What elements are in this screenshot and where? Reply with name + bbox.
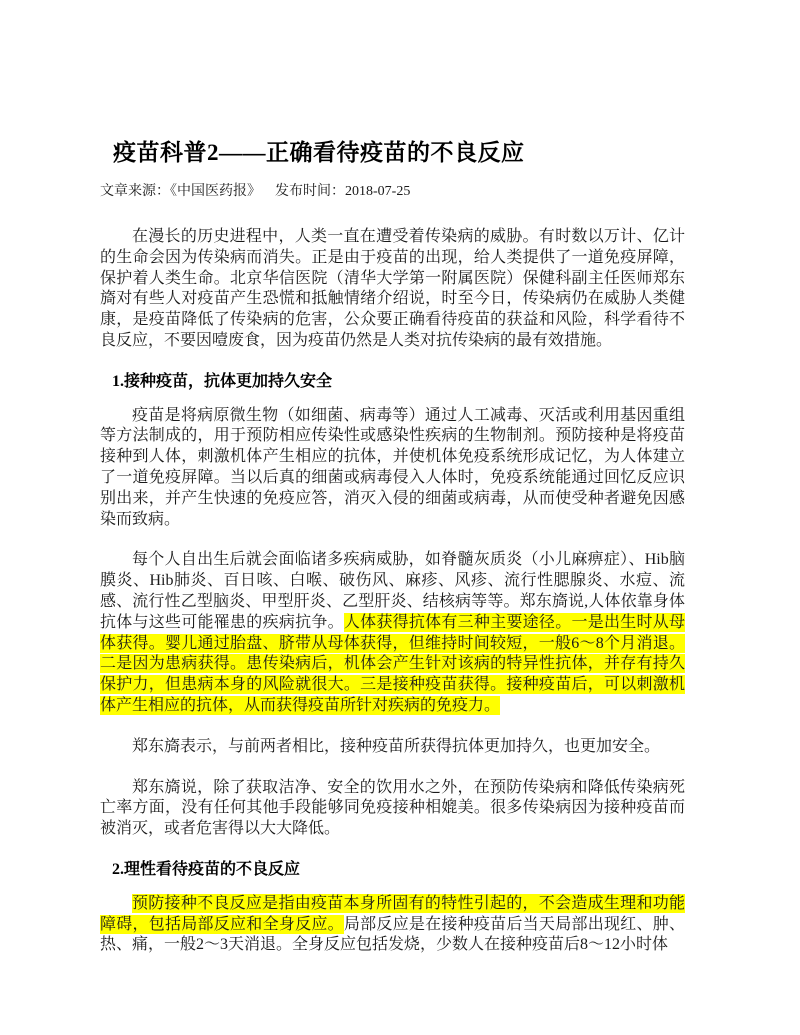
- article-meta: 文章来源：《中国医药报》发布时间：2018-07-25: [100, 182, 685, 201]
- paragraph: 郑东旖说，除了获取洁净、安全的饮用水之外，在预防传染病和降低传染病死亡率方面，没…: [100, 778, 685, 840]
- section-heading: 2.理性看待疫苗的不良反应: [100, 860, 685, 881]
- document-page: 疫苗科普2——正确看待疫苗的不良反应 文章来源：《中国医药报》发布时间：2018…: [0, 0, 800, 1035]
- paragraph: 在漫长的历史进程中，人类一直在遭受着传染病的威胁。有时数以万计、亿计的生命会因为…: [100, 227, 685, 352]
- paragraph-text: 在漫长的历史进程中，人类一直在遭受着传染病的威胁。有时数以万计、亿计的生命会因为…: [100, 228, 685, 349]
- paragraph-text: 疫苗是将病原微生物（如细菌、病毒等）通过人工减毒、灭活或利用基因重组等方法制成的…: [100, 407, 685, 528]
- paragraph: 预防接种不良反应是指由疫苗本身所固有的特性引起的，不会造成生理和功能障碍，包括局…: [100, 894, 685, 956]
- article-body: 在漫长的历史进程中，人类一直在遭受着传染病的威胁。有时数以万计、亿计的生命会因为…: [100, 227, 685, 956]
- paragraph-text: 郑东旖表示，与前两者相比，接种疫苗所获得抗体更加持久，也更加安全。: [132, 738, 660, 755]
- publish-label: 发布时间：: [275, 184, 345, 199]
- paragraph: 郑东旖表示，与前两者相比，接种疫苗所获得抗体更加持久，也更加安全。: [100, 737, 685, 758]
- paragraph: 疫苗是将病原微生物（如细菌、病毒等）通过人工减毒、灭活或利用基因重组等方法制成的…: [100, 406, 685, 531]
- section-heading: 1.接种疫苗，抗体更加持久安全: [100, 372, 685, 393]
- source-name: 《中国医药报》: [170, 184, 261, 199]
- article-title: 疫苗科普2——正确看待疫苗的不良反应: [100, 138, 685, 168]
- paragraph-text: 郑东旖说，除了获取洁净、安全的饮用水之外，在预防传染病和降低传染病死亡率方面，没…: [100, 779, 685, 838]
- publish-date: 2018-07-25: [345, 184, 410, 199]
- paragraph: 每个人自出生后就会面临诸多疾病威胁，如脊髓灰质炎（小儿麻痹症）、Hib脑膜炎、H…: [100, 550, 685, 716]
- source-label: 文章来源：: [100, 184, 170, 199]
